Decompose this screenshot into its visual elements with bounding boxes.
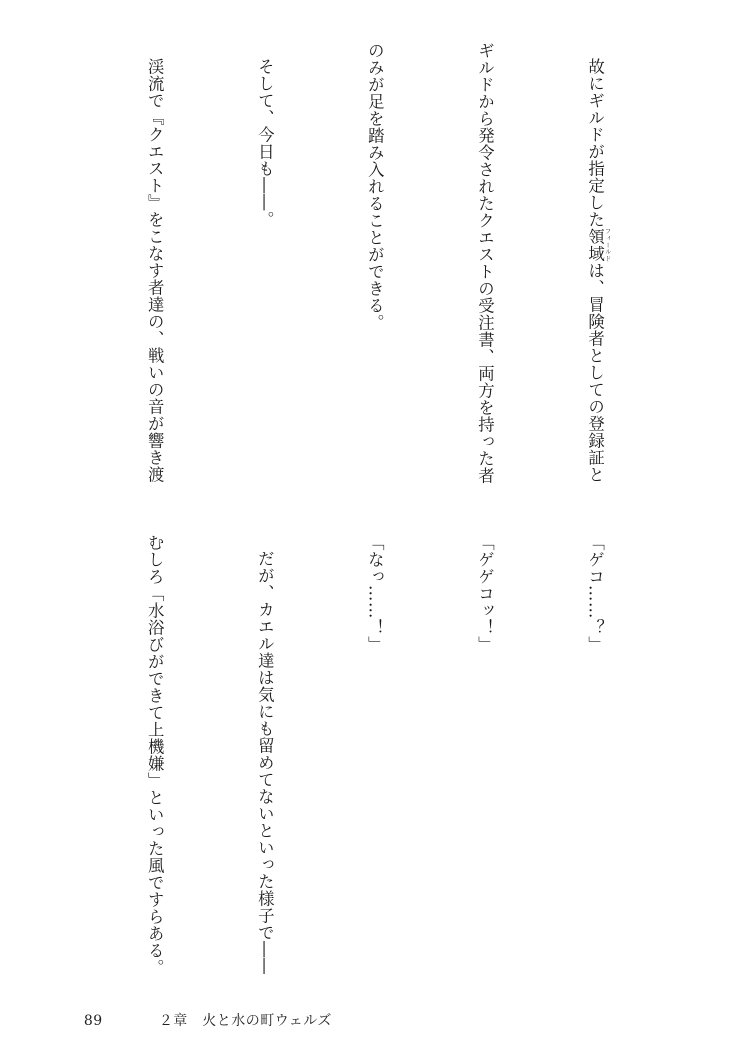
text-block-lower: 「ゲコ……？」 「ゲゲコッ！」 「なっ……！」 だが、カエル達は気にも留めてない… <box>62 534 686 974</box>
page-footer: 89２章 火と水の町ウェルズ <box>64 994 332 1046</box>
text-line: 故にギルドが指定した領域フィールドは、冒険者としての登録証と <box>576 42 613 510</box>
text-line: そして、今日も――。 <box>246 42 283 510</box>
dialogue-line: 「ゲゲコッ！」 <box>466 534 503 974</box>
page-number: 89 <box>84 1013 159 1029</box>
text-line: だが、カエル達は気にも留めてないといった様子で―― <box>246 534 283 974</box>
text-line: 渓流で『クエスト』をこなす者達の、戦いの音が響き渡 <box>135 42 172 510</box>
text-block-upper: 故にギルドが指定した領域フィールドは、冒険者としての登録証と ギルドから発令され… <box>62 42 686 510</box>
text-line: のみが足を踏み入れることができる。 <box>356 42 393 510</box>
dialogue-line: 「なっ……！」 <box>356 534 393 974</box>
text-line: ギルドから発令されたクエストの受注書、両方を持った者 <box>466 42 503 510</box>
running-header: ２章 火と水の町ウェルズ <box>159 1013 332 1029</box>
dialogue-line: 「ゲコ……？」 <box>576 534 613 974</box>
text-line: むしろ「水浴びができて上機嫌」といった風ですらある。 <box>135 534 172 974</box>
book-page: 故にギルドが指定した領域フィールドは、冒険者としての登録証と ギルドから発令され… <box>0 0 736 1047</box>
ruby-annotation: 領域フィールド <box>586 228 605 262</box>
